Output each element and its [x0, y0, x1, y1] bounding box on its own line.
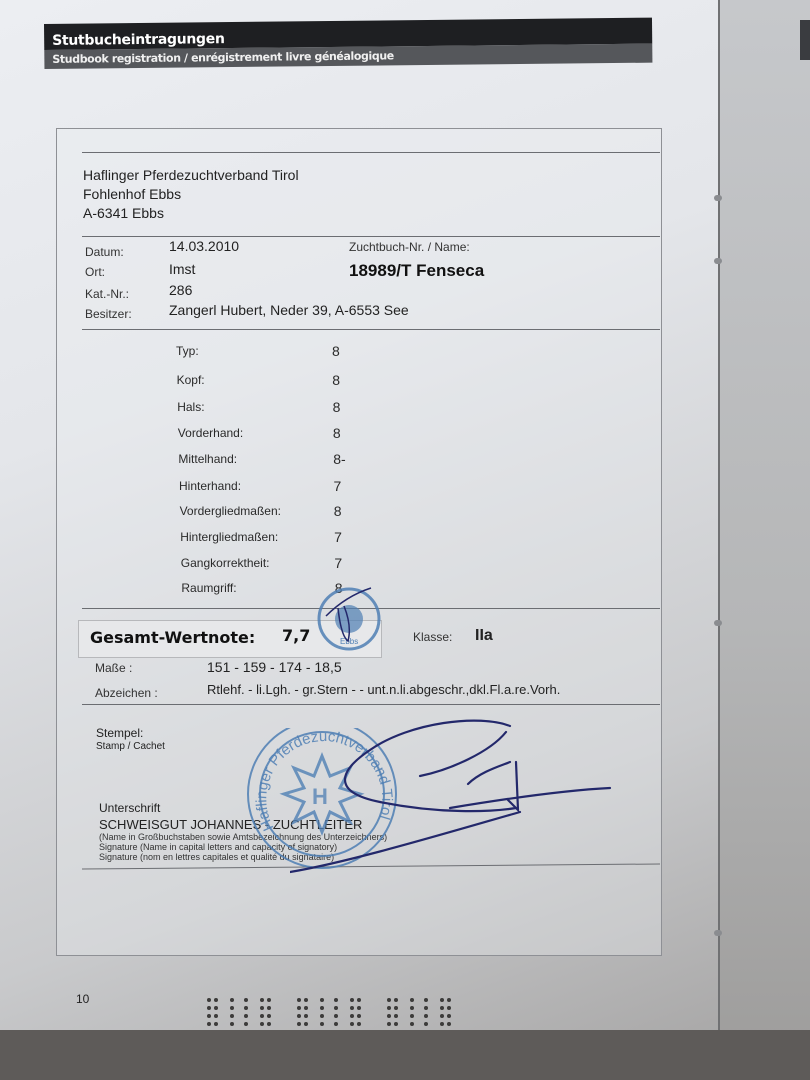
date-label: Datum: [85, 245, 124, 259]
grade-value: 7 [334, 529, 342, 545]
grade-label: Kopf: [177, 373, 205, 387]
divider [82, 236, 660, 237]
place-value: Imst [169, 261, 195, 277]
divider [82, 152, 660, 153]
divider [82, 329, 660, 330]
grade-value: 8 [332, 372, 340, 388]
section-header: Stutbucheintragungen Studbook registrati… [44, 18, 652, 72]
binding-stitch [714, 195, 722, 201]
owner-value: Zangerl Hubert, Neder 39, A-6553 See [169, 302, 409, 318]
next-page-header-tab [800, 20, 810, 60]
grade-value: 7 [334, 478, 342, 494]
stamp-sublabel: Stamp / Cachet [96, 741, 165, 752]
grade-label: Hintergliedmaßen: [180, 530, 278, 544]
binding-stitch [714, 258, 722, 264]
page-number: 10 [76, 992, 89, 1006]
grade-value: 8 [333, 425, 341, 441]
small-seal-stamp: Ebbs [316, 586, 382, 652]
org-address: A-6341 Ebbs [83, 204, 164, 223]
grade-label: Gangkorrektheit: [181, 556, 270, 570]
next-page-edge [718, 0, 810, 1040]
class-label: Klasse: [413, 630, 452, 644]
measurements-value: 151 - 159 - 174 - 18,5 [207, 659, 342, 675]
background-surface [0, 1030, 810, 1080]
grade-value: 8 [334, 503, 342, 519]
grade-value: 7 [334, 555, 342, 571]
grade-value: 8 [332, 343, 340, 359]
stamp-label: Stempel: [96, 726, 143, 740]
studbook-label: Zuchtbuch-Nr. / Name: [349, 240, 470, 254]
signature-label: Unterschrift [99, 801, 160, 815]
total-score-label: Gesamt-Wertnote: [90, 628, 255, 647]
class-value: IIa [475, 627, 493, 645]
grade-label: Mittelhand: [178, 452, 237, 466]
handwritten-signature [290, 712, 620, 877]
divider [82, 704, 660, 705]
total-score-value: 7,7 [282, 626, 310, 645]
date-value: 14.03.2010 [169, 238, 239, 254]
binding-stitch [714, 620, 722, 626]
owner-label: Besitzer: [85, 307, 132, 321]
grade-label: Hinterhand: [179, 479, 241, 493]
embossed-logo [200, 998, 460, 1029]
grade-value: 8 [333, 399, 341, 415]
place-label: Ort: [85, 265, 105, 279]
grade-label: Vorderhand: [178, 426, 243, 440]
org-name: Haflinger Pferdezuchtverband Tirol [83, 166, 299, 185]
binding-stitch [714, 930, 722, 936]
grade-label: Raumgriff: [181, 581, 236, 595]
grade-label: Vordergliedmaßen: [180, 504, 281, 518]
org-location: Fohlenhof Ebbs [83, 185, 181, 204]
grade-label: Typ: [176, 344, 199, 358]
markings-label: Abzeichen : [95, 686, 158, 700]
markings-value: Rtlehf. - li.Lgh. - gr.Stern - - unt.n.l… [207, 682, 560, 697]
cat-number-label: Kat.-Nr.: [85, 287, 129, 301]
measurements-label: Maße : [95, 661, 132, 675]
cat-number-value: 286 [169, 282, 192, 298]
grade-label: Hals: [177, 400, 204, 414]
studbook-number-name: 18989/T Fenseca [349, 261, 484, 281]
grade-value: 8- [333, 451, 345, 467]
